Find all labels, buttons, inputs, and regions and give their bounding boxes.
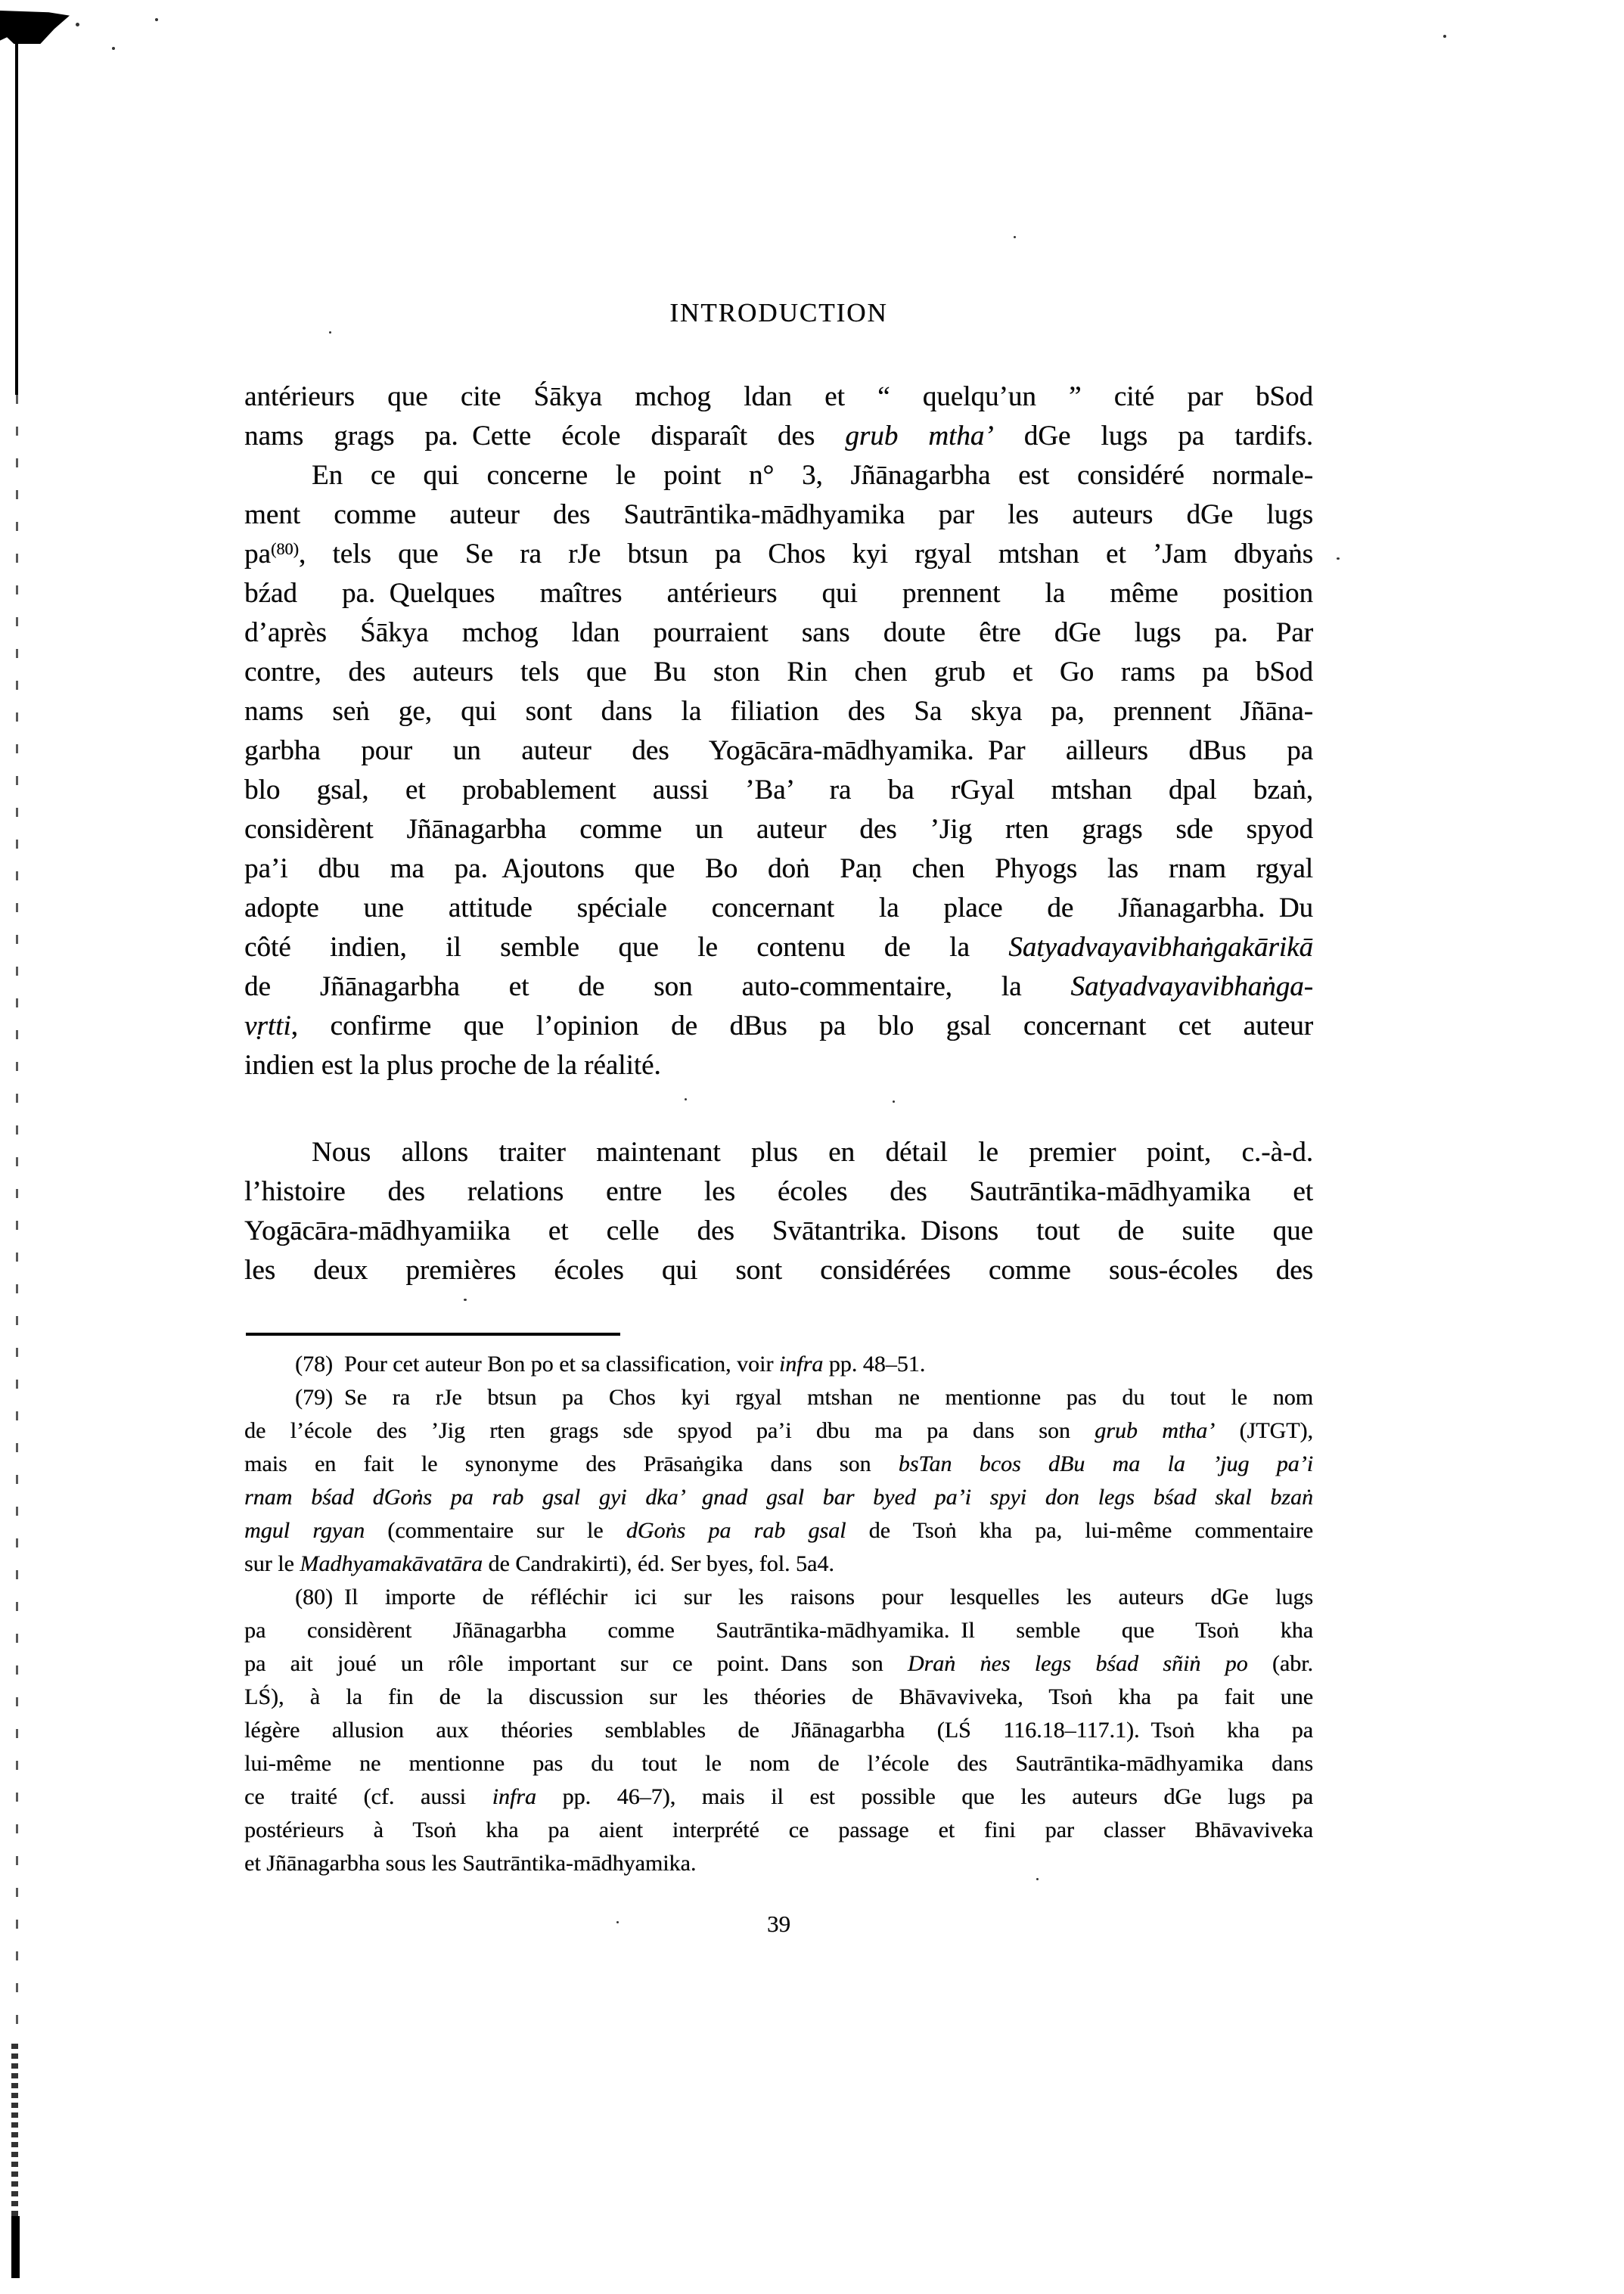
text-segment: infra (492, 1784, 536, 1809)
text-segment: mgul rgyan (244, 1518, 365, 1543)
text-segment: Draṅ ṅes legs bśad sñiṅ po (908, 1651, 1248, 1676)
text-segment: postérieurs à Tsoṅ kha pa aient interpré… (244, 1818, 1313, 1842)
paragraph: En ce qui concerne le point n° 3, Jñānag… (244, 456, 1313, 1085)
text-segment: garbha pour un auteur des Yogācāra-mādhy… (244, 735, 1313, 766)
text-segment: de Candrakirti), éd. Ser byes, fol. 5a4. (483, 1551, 834, 1576)
text-line: nams grags pa. Cette école disparaît des… (244, 417, 1313, 456)
text-line: indien est la plus proche de la réalité. (244, 1046, 1313, 1085)
text-line: mais en fait le synonyme des Prāsaṅgika … (244, 1448, 1313, 1481)
text-segment: (80) Il importe de réfléchir ici sur les… (295, 1585, 1313, 1610)
footnote-separator-rule (246, 1333, 620, 1336)
text-line: En ce qui concerne le point n° 3, Jñānag… (244, 456, 1313, 495)
text-line: de Jñānagarbha et de son auto-commentair… (244, 967, 1313, 1007)
text-segment: nams grags pa. Cette école disparaît des (244, 421, 845, 452)
text-line: LŚ), à la fin de la discussion sur les t… (244, 1681, 1313, 1714)
text-segment: Madhyamakāvatāra (300, 1551, 483, 1576)
text-segment: indien est la plus proche de la réalité. (244, 1050, 661, 1081)
paragraph: Nous allons traiter maintenant plus en d… (244, 1133, 1313, 1290)
text-segment: d’après Śākya mchog ldan pourraient sans… (244, 617, 1313, 648)
text-line: rnam bśad dGoṅs pa rab gsal gyi dka’ gna… (244, 1481, 1313, 1514)
footnotes: (78) Pour cet auteur Bon po et sa classi… (244, 1348, 1313, 1880)
text-line: vṛtti, confirme que l’opinion de dBus pa… (244, 1007, 1313, 1046)
text-segment: (abr. (1248, 1651, 1313, 1676)
text-segment: , confirme que l’opinion de dBus pa blo … (291, 1010, 1313, 1041)
text-line: nams seṅ ge, qui sont dans la filiation … (244, 692, 1313, 731)
page-number: 39 (244, 1911, 1313, 1938)
text-segment: nams seṅ ge, qui sont dans la filiation … (244, 696, 1313, 727)
scan-artifact-corner-blob (0, 11, 70, 44)
text-segment: l’histoire des relations entre les école… (244, 1176, 1313, 1207)
text-segment: bsTan bcos dBu ma la ’jug pa’i (899, 1451, 1313, 1476)
text-segment: ment comme auteur des Sautrāntika-mādhya… (244, 499, 1313, 530)
text-segment: mais en fait le synonyme des Prāsaṅgika … (244, 1451, 899, 1476)
scan-speckle (464, 1299, 467, 1301)
text-segment: lui-même ne mentionne pas du tout le nom… (244, 1751, 1313, 1776)
text-segment: LŚ), à la fin de la discussion sur les t… (244, 1684, 1313, 1709)
text-segment: vṛtti (244, 1010, 291, 1041)
text-line: adopte une attitude spéciale concernant … (244, 889, 1313, 928)
text-segment: adopte une attitude spéciale concernant … (244, 892, 1313, 923)
text-line: les deux premières écoles qui sont consi… (244, 1251, 1313, 1290)
text-segment: dGoṅs pa rab gsal (626, 1518, 846, 1543)
scan-artifact-bottom-bar (11, 2216, 20, 2278)
text-line: Nous allons traiter maintenant plus en d… (244, 1133, 1313, 1172)
text-line: côté indien, il semble que le contenu de… (244, 928, 1313, 967)
text-segment: pa’i dbu ma pa. Ajoutons que Bo doṅ Paṇ … (244, 853, 1313, 884)
text-segment: antérieurs que cite Śākya mchog ldan et … (244, 381, 1313, 412)
scan-speckle (329, 331, 331, 334)
scan-speckle (1014, 236, 1016, 238)
paragraph: antérieurs que cite Śākya mchog ldan et … (244, 377, 1313, 456)
text-line: pa’i dbu ma pa. Ajoutons que Bo doṅ Paṇ … (244, 849, 1313, 889)
text-segment: légère allusion aux théories semblables … (244, 1718, 1313, 1743)
text-line: d’après Śākya mchog ldan pourraient sans… (244, 613, 1313, 653)
text-line: contre, des auteurs tels que Bu ston Rin… (244, 653, 1313, 692)
text-line: pa(80), tels que Se ra rJe btsun pa Chos… (244, 535, 1313, 574)
text-segment: , tels que Se ra rJe btsun pa Chos kyi r… (299, 539, 1313, 570)
scan-speckle (76, 23, 79, 26)
text-segment: de Tsoṅ kha pa, lui-même commentaire (846, 1518, 1313, 1543)
text-segment: Satyadvayavibhaṅga- (1070, 971, 1313, 1002)
text-segment: (79) Se ra rJe btsun pa Chos kyi rgyal m… (295, 1385, 1313, 1410)
body-text: antérieurs que cite Śākya mchog ldan et … (244, 377, 1313, 1290)
text-segment: de Jñānagarbha et de son auto-commentair… (244, 971, 1070, 1002)
text-line: et Jñānagarbha sous les Sautrāntika-mādh… (244, 1847, 1313, 1880)
text-segment: de l’école des ’Jig rten grags sde spyod… (244, 1418, 1095, 1443)
text-line: considèrent Jñānagarbha comme un auteur … (244, 810, 1313, 849)
scan-speckle (1337, 557, 1340, 560)
text-segment: pa considèrent Jñānagarbha comme Sautrān… (244, 1618, 1313, 1643)
text-line: sur le Madhyamakāvatāra de Candrakirti),… (244, 1547, 1313, 1581)
text-segment: En ce qui concerne le point n° 3, Jñānag… (312, 460, 1313, 491)
text-segment: pa (244, 539, 271, 570)
text-line: de l’école des ’Jig rten grags sde spyod… (244, 1414, 1313, 1448)
text-segment: Yogācāra-mādhyamiika et celle des Svātan… (244, 1215, 1313, 1246)
text-line: ce traité (cf. aussi infra pp. 46–7), ma… (244, 1780, 1313, 1814)
text-segment: Satyadvayavibhaṅgakārikā (1008, 932, 1313, 963)
text-segment: (commentaire sur le (365, 1518, 626, 1543)
text-line: légère allusion aux théories semblables … (244, 1714, 1313, 1747)
scan-speckle (155, 18, 158, 21)
scan-artifact-bottom-strip (11, 2044, 18, 2219)
text-segment: pp. 48–51. (823, 1352, 925, 1377)
text-line: antérieurs que cite Śākya mchog ldan et … (244, 377, 1313, 417)
text-line: bźad pa. Quelques maîtres antérieurs qui… (244, 574, 1313, 613)
text-segment: (78) Pour cet auteur Bon po et sa classi… (295, 1352, 779, 1377)
text-segment: considèrent Jñānagarbha comme un auteur … (244, 814, 1313, 845)
text-line: pa ait joué un rôle important sur ce poi… (244, 1647, 1313, 1681)
text-segment: pa ait joué un rôle important sur ce poi… (244, 1651, 908, 1676)
scan-artifact-gutter-line (15, 33, 18, 395)
text-segment: sur le (244, 1551, 300, 1576)
footnote-ref: (80) (271, 539, 299, 558)
text-line: ment comme auteur des Sautrāntika-mādhya… (244, 495, 1313, 535)
scanned-page: INTRODUCTION antérieurs que cite Śākya m… (0, 0, 1624, 2294)
text-line: garbha pour un auteur des Yogācāra-mādhy… (244, 731, 1313, 771)
text-line: l’histoire des relations entre les école… (244, 1172, 1313, 1212)
scan-speckle (112, 47, 115, 50)
text-line: (79) Se ra rJe btsun pa Chos kyi rgyal m… (244, 1381, 1313, 1414)
text-segment: (JTGT), (1215, 1418, 1313, 1443)
text-segment: bźad pa. Quelques maîtres antérieurs qui… (244, 578, 1313, 609)
text-segment: Nous allons traiter maintenant plus en d… (312, 1137, 1313, 1168)
text-segment: les deux premières écoles qui sont consi… (244, 1255, 1313, 1286)
text-line: pa considèrent Jñānagarbha comme Sautrān… (244, 1614, 1313, 1647)
text-segment: et Jñānagarbha sous les Sautrāntika-mādh… (244, 1851, 696, 1876)
text-segment: dGe lugs pa tardifs. (994, 421, 1313, 452)
paragraph: (79) Se ra rJe btsun pa Chos kyi rgyal m… (244, 1381, 1313, 1581)
text-segment: pp. 46–7), mais il est possible que les … (536, 1784, 1313, 1809)
text-segment: ce traité (cf. aussi (244, 1784, 492, 1809)
text-line: postérieurs à Tsoṅ kha pa aient interpré… (244, 1814, 1313, 1847)
text-line: blo gsal, et probablement aussi ’Ba’ ra … (244, 771, 1313, 810)
text-line: lui-même ne mentionne pas du tout le nom… (244, 1747, 1313, 1780)
text-segment: rnam bśad dGoṅs pa rab gsal gyi dka’ gna… (244, 1485, 1313, 1510)
text-segment: contre, des auteurs tels que Bu ston Rin… (244, 657, 1313, 688)
scan-speckle (1443, 35, 1446, 38)
text-segment: infra (779, 1352, 823, 1377)
text-segment: grub mtha’ (845, 421, 993, 452)
text-line: (78) Pour cet auteur Bon po et sa classi… (244, 1348, 1313, 1381)
paragraph: (80) Il importe de réfléchir ici sur les… (244, 1581, 1313, 1880)
text-segment: blo gsal, et probablement aussi ’Ba’ ra … (244, 774, 1313, 806)
text-line: Yogācāra-mādhyamiika et celle des Svātan… (244, 1212, 1313, 1251)
page-title: INTRODUCTION (244, 298, 1313, 328)
paragraph: (78) Pour cet auteur Bon po et sa classi… (244, 1348, 1313, 1381)
text-segment: côté indien, il semble que le contenu de… (244, 932, 1008, 963)
text-segment: grub mtha’ (1095, 1418, 1215, 1443)
scan-artifact-gutter-dashes (16, 395, 18, 2044)
text-line: (80) Il importe de réfléchir ici sur les… (244, 1581, 1313, 1614)
text-line: mgul rgyan (commentaire sur le dGoṅs pa … (244, 1514, 1313, 1547)
